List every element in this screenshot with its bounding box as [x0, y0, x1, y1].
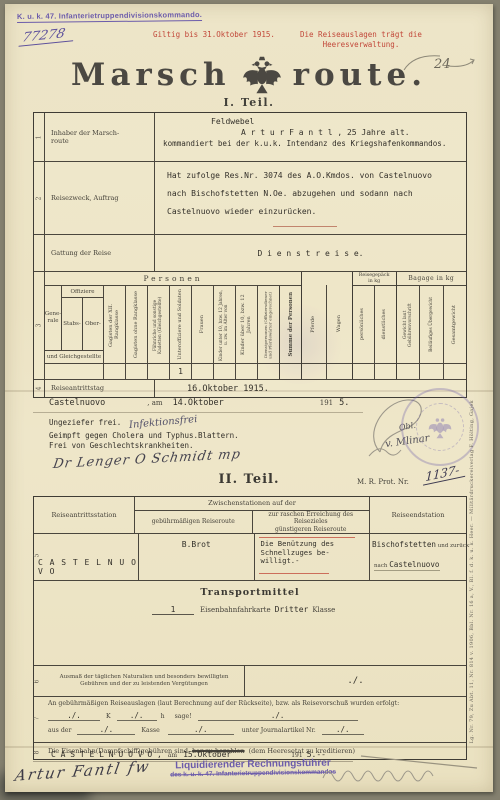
place-date-line: Castelnuovo , am 14.Oktober 191 5.: [49, 398, 349, 408]
col-wagen: Wagen: [326, 285, 351, 379]
document-paper: K. u. k. 47. Infanterietruppendivisionsk…: [5, 4, 493, 792]
rule-line: [33, 412, 363, 413]
cell-generals-value: [45, 363, 103, 379]
col-dienstpersonen: Dienstpersonen (Offiziersdiener und Pfer…: [257, 286, 279, 379]
col-gagisten-xii: Gagisten der XII. Rangklasse: [104, 286, 125, 379]
allowance-value: ./.: [245, 666, 466, 696]
part2-table: Reiseantrittsstation Zwischenstationen a…: [33, 496, 467, 760]
col-gesamtgewicht: Gesamtgewicht: [443, 286, 466, 379]
pencil-signature-right: [319, 752, 479, 788]
col-uebergewicht: Beiläufiges Übergewicht: [419, 286, 442, 379]
express-permission-cell: Die Benützung des Schnellzuges be- willi…: [254, 534, 370, 580]
col-gewicht-laut: Gewicht laut Gebührenvorschrift: [397, 286, 419, 379]
row-number: 4: [35, 387, 42, 391]
unit-rubber-stamp: K. u. k. 47. Infanterietruppendivisionsk…: [17, 10, 202, 23]
fee-route-header: gebührmäßigen Reiseroute: [135, 511, 252, 534]
row-number: 2: [35, 196, 42, 200]
round-eagle-seal: [401, 388, 479, 466]
row-number: 1: [35, 135, 42, 139]
row-number: 6: [33, 680, 40, 684]
row-holder-of-marchroute: 1 Inhaber der Marsch- route Feldwebel A …: [34, 113, 466, 161]
end-station-cell: Bischofstetten und zurück nach Castelnuo…: [369, 534, 466, 580]
row-number: 7: [33, 717, 40, 721]
group-persons: Personen Gene-rale Offiziere Stabs- Ober…: [45, 272, 301, 379]
row4-label: Reiseantrittstag: [45, 380, 155, 397]
health-certification-block: Castelnuovo , am 14.Oktober 191 5. Ungez…: [33, 396, 465, 474]
title-word-left: Marsch: [71, 57, 231, 93]
end-station-header: Reiseendstation: [369, 497, 466, 533]
validity-note: Giltig bis 31.Oktober 1915.: [153, 30, 275, 39]
row2-label: Reisezweck, Auftrag: [45, 162, 155, 234]
row3-label: Gattung der Reise: [45, 235, 155, 271]
mid-stations-header: Zwischenstationen auf der: [135, 497, 369, 511]
footer-signature-block: C A S T E L N U O V O , am 15.Oktober 19…: [33, 750, 465, 792]
handwritten-page-number: 24: [400, 50, 478, 82]
group-bagage: Bagage in kg Gewicht laut Gebührenvorsch…: [396, 272, 466, 379]
part2-header-row: Reiseantrittsstation Zwischenstationen a…: [34, 497, 466, 533]
allowance-label: Ausmaß der täglichen Naturalien und beso…: [44, 666, 245, 696]
col-kinder-ueber: Kinder über 10, bzw. 12 Jahren: [235, 286, 257, 379]
group-persons-header: Personen: [45, 272, 301, 286]
col-pferde: Pferde: [302, 285, 326, 379]
cell-generals: Gene-rale Offiziere Stabs- Ober- und Gle…: [45, 286, 104, 379]
row3-value: D i e n s t r e i s e.: [155, 235, 466, 271]
row-travel-purpose: 2 Reisezweck, Auftrag Hat zufolge Res.Nr…: [34, 161, 466, 234]
group-horses-wagons: Pferde Wagen: [301, 272, 352, 379]
row-number: 5: [33, 554, 40, 558]
col-gagisten-ohne: Gagisten ohne Rangklasse: [125, 286, 147, 379]
part1-table: 1 Inhaber der Marsch- route Feldwebel A …: [33, 112, 467, 398]
part2-heading: II. Teil.: [5, 472, 493, 487]
expense-note: Die Reiseauslagen trägt die Heeresverwal…: [300, 30, 422, 50]
red-line: [259, 537, 355, 538]
faster-route-header: zur raschen Erreichung des Reisezieles g…: [252, 511, 370, 534]
health-statements: Ungeziefer frei.Infektionsfrei Geimpft g…: [49, 416, 239, 452]
col-summe-personen: Summe der Personen: [279, 286, 301, 379]
col-faehnriche: Fähnriche und sonstige Kadetten (Gleichg…: [147, 286, 169, 379]
double-headed-eagle-icon: [241, 52, 283, 98]
daily-allowance-row: 6 Ausmaß der täglichen Naturalien und be…: [34, 665, 466, 696]
part2-station-row: 5 C A S T E L N U O V O B.Brot Die Benüt…: [34, 533, 466, 580]
printer-imprint: Lg. Nr. 79, Zu Abt. 11, Nr. 814 v. 1906,…: [469, 392, 475, 752]
handwritten-file-number: 77278: [18, 25, 76, 46]
transport-line: 1 Eisenbahnfahrkarte Dritter Klasse: [152, 605, 335, 615]
ticket-count: 1: [152, 605, 194, 615]
col-unteroffiziere: Unteroffiziere und Soldaten1: [169, 286, 191, 379]
row-number: 3: [35, 324, 42, 328]
red-line: [259, 573, 329, 574]
col-kinder-unter: Kinder unter 10, bzw. 12 Jahren, u. zw. …: [213, 286, 235, 379]
group-bagage-header: Bagage in kg: [397, 272, 466, 286]
row-travel-type: Gattung der Reise D i e n s t r e i s e.: [34, 234, 466, 271]
travel-advance-row: 7 An gebührmäßigen Reiseauslagen (laut B…: [34, 696, 466, 742]
row1-value: Feldwebel A r t u r F a n t l , 25 Jahre…: [155, 113, 466, 161]
group-luggage-header: Reisegepäck in kg: [353, 272, 396, 286]
col-dienstliches: dienstliches: [374, 286, 396, 379]
col-frauen: Frauen: [191, 286, 213, 379]
transport-section: Transportmittel 1 Eisenbahnfahrkarte Dri…: [34, 580, 466, 665]
route-value: B.Brot: [139, 540, 254, 549]
transport-heading: Transportmittel: [34, 587, 466, 598]
start-station-value: C A S T E L N U O V O: [34, 534, 139, 580]
advance-intro: An gebührmäßigen Reiseauslagen (laut Ber…: [48, 700, 460, 707]
svg-text:24: 24: [433, 57, 451, 72]
red-underline: [273, 226, 337, 227]
seal-eagle-icon: [427, 414, 453, 440]
persons-table: Personen Gene-rale Offiziere Stabs- Ober…: [45, 272, 466, 379]
protocol-number-label: M. R. Prot. Nr.: [357, 478, 409, 486]
group-luggage: Reisegepäck in kg persönliches dienstlic…: [352, 272, 396, 379]
row1-label: Inhaber der Marsch- route: [45, 113, 155, 161]
start-station-header: Reiseantrittsstation: [34, 497, 135, 533]
col-persoenliches: persönliches: [353, 286, 374, 379]
row2-value: Hat zufolge Res.Nr. 3074 des A.O.Kmdos. …: [155, 162, 466, 234]
persons-table-row: 3 Personen Gene-rale Offiziere Stabs-: [34, 271, 466, 379]
part1-heading: I. Teil.: [5, 96, 493, 109]
